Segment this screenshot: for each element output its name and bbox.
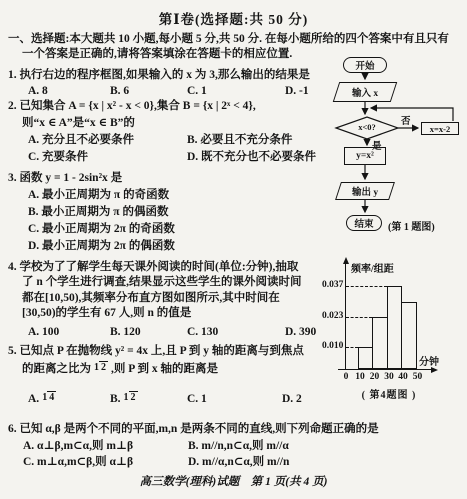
question-2-line1: 2. 已知集合 A = {x | x² - x < 0},集合 B = {x |… xyxy=(8,98,338,115)
fraction-one-quarter: 14 xyxy=(42,393,56,404)
x-tick-label: 30 xyxy=(384,372,394,382)
option-b: B. 6 xyxy=(110,84,129,100)
question-5: 5. 已知点 P 在抛物线 y² = 4x 上,且 P 到 y 轴的距离与到焦点… xyxy=(8,344,338,414)
option-a: A.14 xyxy=(28,392,59,408)
option-a: A. 8 xyxy=(28,84,48,100)
histogram-caption: ( 第4题图 ) xyxy=(344,386,434,401)
question-1: 1. 执行右边的程序框图,如果输入的 x 为 3,那么输出的结果是 A. 8 B… xyxy=(8,68,338,100)
y-tick-label: 0.037 xyxy=(322,280,343,290)
question-4: 4. 学校为了了解学生每天课外阅读的时间(单位:分钟),抽取 了 n 个学生进行… xyxy=(8,260,338,341)
histogram-y-axis-label: 频率/组距 xyxy=(351,260,394,275)
x-tick-label: 20 xyxy=(370,372,380,382)
option-b: B. 120 xyxy=(110,325,141,340)
option-c: C. 1 xyxy=(187,392,207,408)
option-a: A. 充分且不必要条件 xyxy=(28,132,134,149)
option-a: A. α⊥β,m⊂α,则 m⊥β xyxy=(23,438,133,455)
question-5-line2: 的距离之比为12,则 P 到 x 轴的距离是 xyxy=(8,360,338,384)
flowchart-output-node: 输出 y xyxy=(335,182,395,200)
flowchart-caption: (第 1 题图) xyxy=(388,218,435,233)
question-2-options-row1: A. 充分且不必要条件 B. 必要且不充分条件 xyxy=(8,132,338,149)
question-4-options: A. 100 B. 120 C. 130 D. 390 xyxy=(8,325,338,341)
gridline-0037 xyxy=(346,286,387,287)
question-5-options: A.14 B.12 C. 1 D. 2 xyxy=(8,390,338,414)
flowchart-input-node: 输入 x xyxy=(333,82,397,102)
gridline-0023 xyxy=(346,317,372,318)
option-d: D. 最小正周期为 2π 的偶函数 xyxy=(8,238,338,255)
histogram-x-axis xyxy=(338,369,432,370)
flowchart-end-node: 结束 xyxy=(346,215,382,231)
question-2: 2. 已知集合 A = {x | x² - x < 0},集合 B = {x |… xyxy=(8,98,338,166)
option-c: C. 130 xyxy=(187,325,218,340)
x-tick-label: 10 xyxy=(355,372,365,382)
y-tick-label: 0.023 xyxy=(322,311,343,321)
page-footer: 高三数学(理科)试题 第 1 页(共 4 页) xyxy=(0,473,467,489)
histogram-bar xyxy=(358,347,373,369)
question-5-line2-pre: 的距离之比为 xyxy=(22,363,91,375)
histogram-figure: 频率/组距 分钟 0.037 0.023 0.010 0 10 20 30 40… xyxy=(322,255,467,405)
question-6-options-row2: C. m⊥α,m⊂β,则 α⊥β D. m//α,n⊂α,则 m//n xyxy=(8,454,463,470)
option-b: B. 最小正周期为 π 的偶函数 xyxy=(8,204,338,221)
flowchart-figure: 开始 输入 x x<0? 否 x=x-2 是 y=x² 输出 y 结束 (第 1… xyxy=(322,55,467,265)
gridline-0010 xyxy=(346,347,358,348)
question-6-text: 6. 已知 α,β 是两个不同的平面,m,n 是两条不同的直线,则下列命题正确的… xyxy=(8,421,463,438)
fraction-one-half: 12 xyxy=(124,393,138,404)
option-a: A. 100 xyxy=(28,325,59,340)
x-tick-label: 0 xyxy=(344,372,349,382)
y-axis-arrow xyxy=(343,257,349,264)
flowchart-start-node: 开始 xyxy=(343,57,387,73)
option-b: B.12 xyxy=(110,392,141,408)
option-b: B. m//n,n⊂α,则 m//α xyxy=(188,438,289,455)
option-d: D. -1 xyxy=(285,84,309,100)
flowchart-decision-label: x<0? xyxy=(349,122,385,132)
option-d: D. m//α,n⊂α,则 m//n xyxy=(188,454,289,471)
flowchart-assign-box: y=x² xyxy=(344,147,386,165)
option-d: D. 2 xyxy=(282,392,302,408)
question-2-options-row2: C. 充要条件 D. 既不充分也不必要条件 xyxy=(8,149,338,166)
x-tick-label: 50 xyxy=(413,372,423,382)
histogram-x-axis-label: 分钟 xyxy=(419,353,439,368)
option-c: C. m⊥α,m⊂β,则 α⊥β xyxy=(23,454,133,471)
question-1-text: 1. 执行右边的程序框图,如果输入的 x 为 3,那么输出的结果是 xyxy=(8,68,338,84)
histogram-y-axis xyxy=(345,263,346,369)
question-6-options-row1: A. α⊥β,m⊂α,则 m⊥β B. m//n,n⊂α,则 m//α xyxy=(8,438,463,454)
x-tick-label: 40 xyxy=(398,372,408,382)
question-6: 6. 已知 α,β 是两个不同的平面,m,n 是两条不同的直线,则下列命题正确的… xyxy=(8,421,463,470)
question-2-line2: 则“x ∈ A”是“x ∈ B”的 xyxy=(8,115,338,132)
instruction-line1: 一、选择题:本大题共 10 小题,每小题 5 分,共 50 分. 在每小题所给的… xyxy=(8,32,462,47)
option-c: C. 充要条件 xyxy=(28,149,88,166)
question-4-line4: [30,50)的学生有 67 人,则 n 的值是 xyxy=(8,306,338,321)
question-4-line2: 了 n 个学生进行调查,结果显示这些学生的课外阅读时间 xyxy=(8,275,338,290)
question-5-line1: 5. 已知点 P 在抛物线 y² = 4x 上,且 P 到 y 轴的距离与到焦点 xyxy=(8,344,338,360)
y-tick-label: 0.010 xyxy=(322,341,343,351)
question-3-text: 3. 函数 y = 1 - 2sin²x 是 xyxy=(8,170,338,187)
option-b: B. 必要且不充分条件 xyxy=(187,132,292,149)
question-4-line1: 4. 学校为了了解学生每天课外阅读的时间(单位:分钟),抽取 xyxy=(8,260,338,275)
option-d: D. 既不充分也不必要条件 xyxy=(187,149,316,166)
option-d: D. 390 xyxy=(285,325,316,340)
option-c: C. 1 xyxy=(187,84,207,100)
fraction-one-half: 12 xyxy=(94,363,108,374)
question-5-line2-post: ,则 P 到 x 轴的距离是 xyxy=(111,363,218,375)
histogram-bar xyxy=(401,302,417,369)
page-title: 第Ⅰ卷(选择题:共 50 分) xyxy=(0,8,467,28)
flowchart-loop-box: x=x-2 xyxy=(421,122,459,135)
question-3: 3. 函数 y = 1 - 2sin²x 是 A. 最小正周期为 π 的奇函数 … xyxy=(8,170,338,255)
question-4-line3: 都在[10,50),其频率分布直方图如图所示,其中时间在 xyxy=(8,291,338,306)
option-a: A. 最小正周期为 π 的奇函数 xyxy=(8,187,338,204)
histogram-bar xyxy=(372,317,388,369)
flowchart-no-label: 否 xyxy=(401,113,411,127)
histogram-bar xyxy=(387,286,402,369)
option-c: C. 最小正周期为 2π 的奇函数 xyxy=(8,221,338,238)
